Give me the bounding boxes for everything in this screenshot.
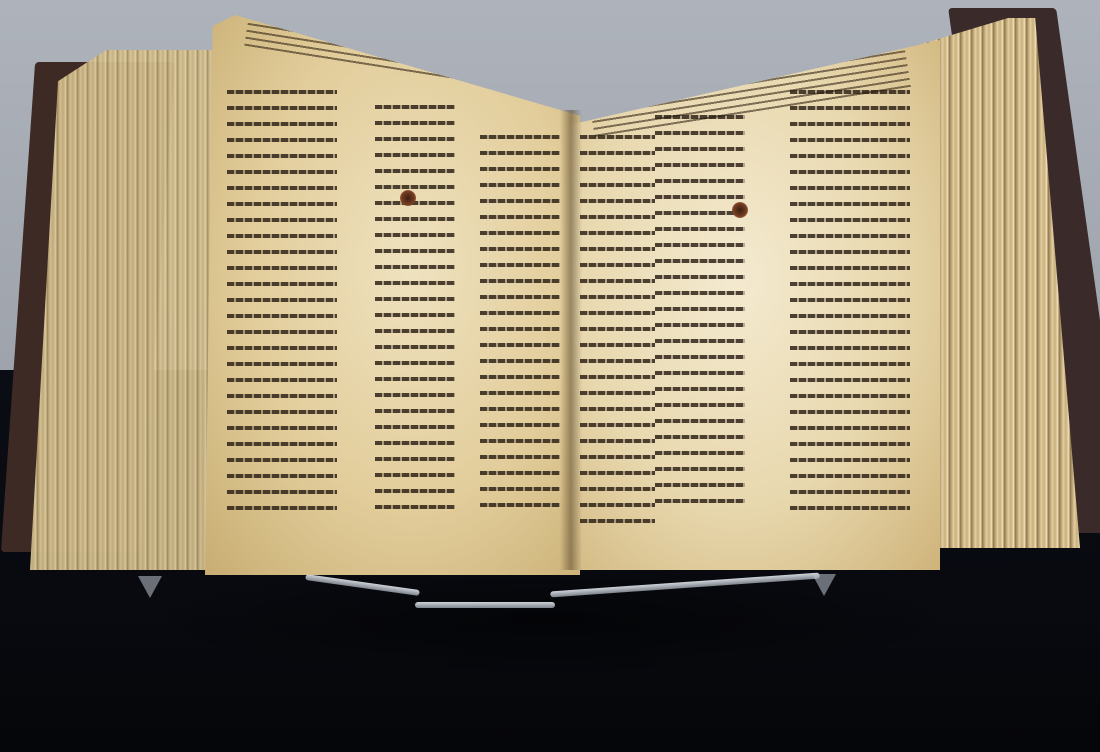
text-column-3 xyxy=(790,90,910,520)
book-gutter xyxy=(560,110,582,570)
right-parchment-page xyxy=(570,40,940,570)
parchment-hole xyxy=(400,190,416,206)
parchment-hole xyxy=(732,202,748,218)
stand-left-support xyxy=(138,576,162,598)
stand-right-support xyxy=(812,574,836,596)
text-column-1 xyxy=(227,90,337,510)
text-column-2 xyxy=(655,115,745,515)
photo-scene xyxy=(0,0,1100,752)
stand-base-center xyxy=(415,602,555,608)
text-column-2 xyxy=(375,105,455,515)
text-column-3 xyxy=(480,135,560,515)
text-column-1 xyxy=(580,135,655,525)
left-page-block-edges xyxy=(30,50,230,570)
book-shadow xyxy=(120,560,980,680)
